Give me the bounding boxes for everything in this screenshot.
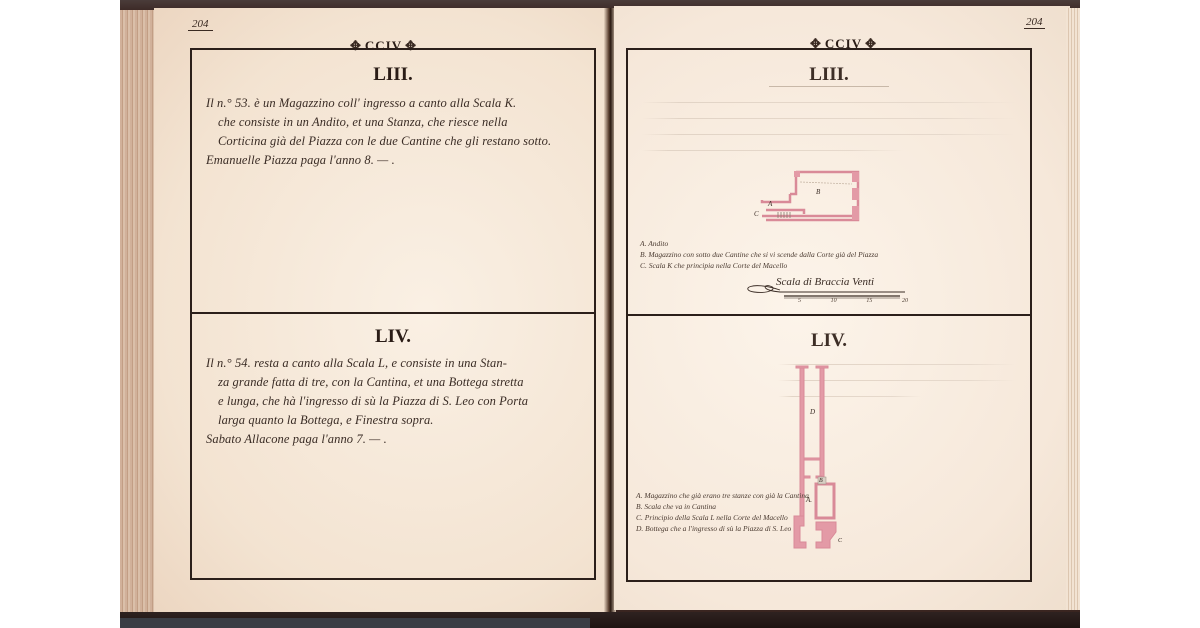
- floor-plan-liii: A B C: [748, 168, 888, 228]
- text-line: Sabato Allacone paga l'anno 7. — .: [206, 430, 584, 449]
- title-underline: [769, 86, 889, 87]
- plan-label-a: A: [767, 200, 773, 208]
- plan-liii: LIII.: [628, 50, 1030, 314]
- entry-text: Il n.° 53. è un Magazzino coll' ingresso…: [206, 94, 584, 170]
- text-line: larga quanto la Bottega, e Finestra sopr…: [206, 411, 584, 430]
- page-edges-left: [120, 10, 156, 616]
- text-line: che consiste in un Andito, et una Stanza…: [206, 113, 584, 132]
- entry-liv: LIV. Il n.° 54. resta a canto alla Scala…: [192, 314, 594, 580]
- entry-liii: LIII. Il n.° 53. è un Magazzino coll' in…: [192, 50, 594, 312]
- text-line: Emanuelle Piazza paga l'anno 8. — .: [206, 151, 584, 170]
- entry-title: LIV.: [192, 326, 594, 348]
- legend-item: C. Principio della Scala L nella Corte d…: [636, 512, 809, 523]
- plan-title: LIV.: [628, 330, 1030, 352]
- open-book: 204 ✥ CCIV ✥ LIII. Il n.° 53. è un Magaz…: [120, 0, 1080, 628]
- scale-label: Scala di Braccia Venti: [776, 276, 874, 288]
- plan-title: LIII.: [628, 64, 1030, 86]
- text-line: za grande fatta di tre, con la Cantina, …: [206, 373, 584, 392]
- text-line: Il n.° 54. resta a canto alla Scala L, e…: [206, 354, 584, 373]
- legend-item: A. Andito: [640, 238, 878, 249]
- show-through-text: [642, 102, 1016, 166]
- plan-label-b: B: [816, 188, 821, 196]
- legend-item: A. Magazzino che già erano tre stanze co…: [636, 490, 809, 501]
- scale-tick: 5: [798, 298, 801, 304]
- text-line: Corticina già del Piazza con le due Cant…: [206, 132, 584, 151]
- scan-background-strip: [120, 618, 590, 628]
- scale-tick: 10: [831, 298, 837, 304]
- entry-title: LIII.: [192, 64, 594, 86]
- legend-item: B. Magazzino con sotto due Cantine che s…: [640, 249, 878, 260]
- legend-item: B. Scala che va in Cantina: [636, 501, 809, 512]
- plan-label-c: C: [754, 210, 759, 218]
- right-page: 204 ✥ CCIV ✥ LIII.: [614, 6, 1070, 610]
- scale-ticks: 5 10 15 20: [798, 298, 908, 304]
- plan-legend: A. Magazzino che già erano tre stanze co…: [636, 490, 809, 534]
- scale-tick: 20: [902, 298, 908, 304]
- entry-text: Il n.° 54. resta a canto alla Scala L, e…: [206, 354, 584, 449]
- plan-label-d: D: [809, 408, 815, 416]
- folio-number-right: 204: [1024, 16, 1045, 29]
- legend-item: C. Scala K che principia nella Corte del…: [640, 260, 878, 271]
- left-page: 204 ✥ CCIV ✥ LIII. Il n.° 53. è un Magaz…: [154, 8, 606, 614]
- plan-frame-right: LIII.: [626, 48, 1032, 582]
- plan-label-c: C: [838, 538, 843, 544]
- folio-number-left: 204: [188, 18, 213, 31]
- scale-tick: 15: [866, 298, 872, 304]
- text-frame-left: LIII. Il n.° 53. è un Magazzino coll' in…: [190, 48, 596, 580]
- plan-label-b: B: [819, 478, 823, 484]
- plan-liv: LIV.: [628, 316, 1030, 582]
- plan-legend: A. Andito B. Magazzino con sotto due Can…: [640, 238, 878, 271]
- text-line: e lunga, che hà l'ingresso di sù la Piaz…: [206, 392, 584, 411]
- text-line: Il n.° 53. è un Magazzino coll' ingresso…: [206, 94, 584, 113]
- page-edges-right: [1066, 8, 1080, 610]
- legend-item: D. Bottega che a l'ingresso di sù la Pia…: [636, 523, 809, 534]
